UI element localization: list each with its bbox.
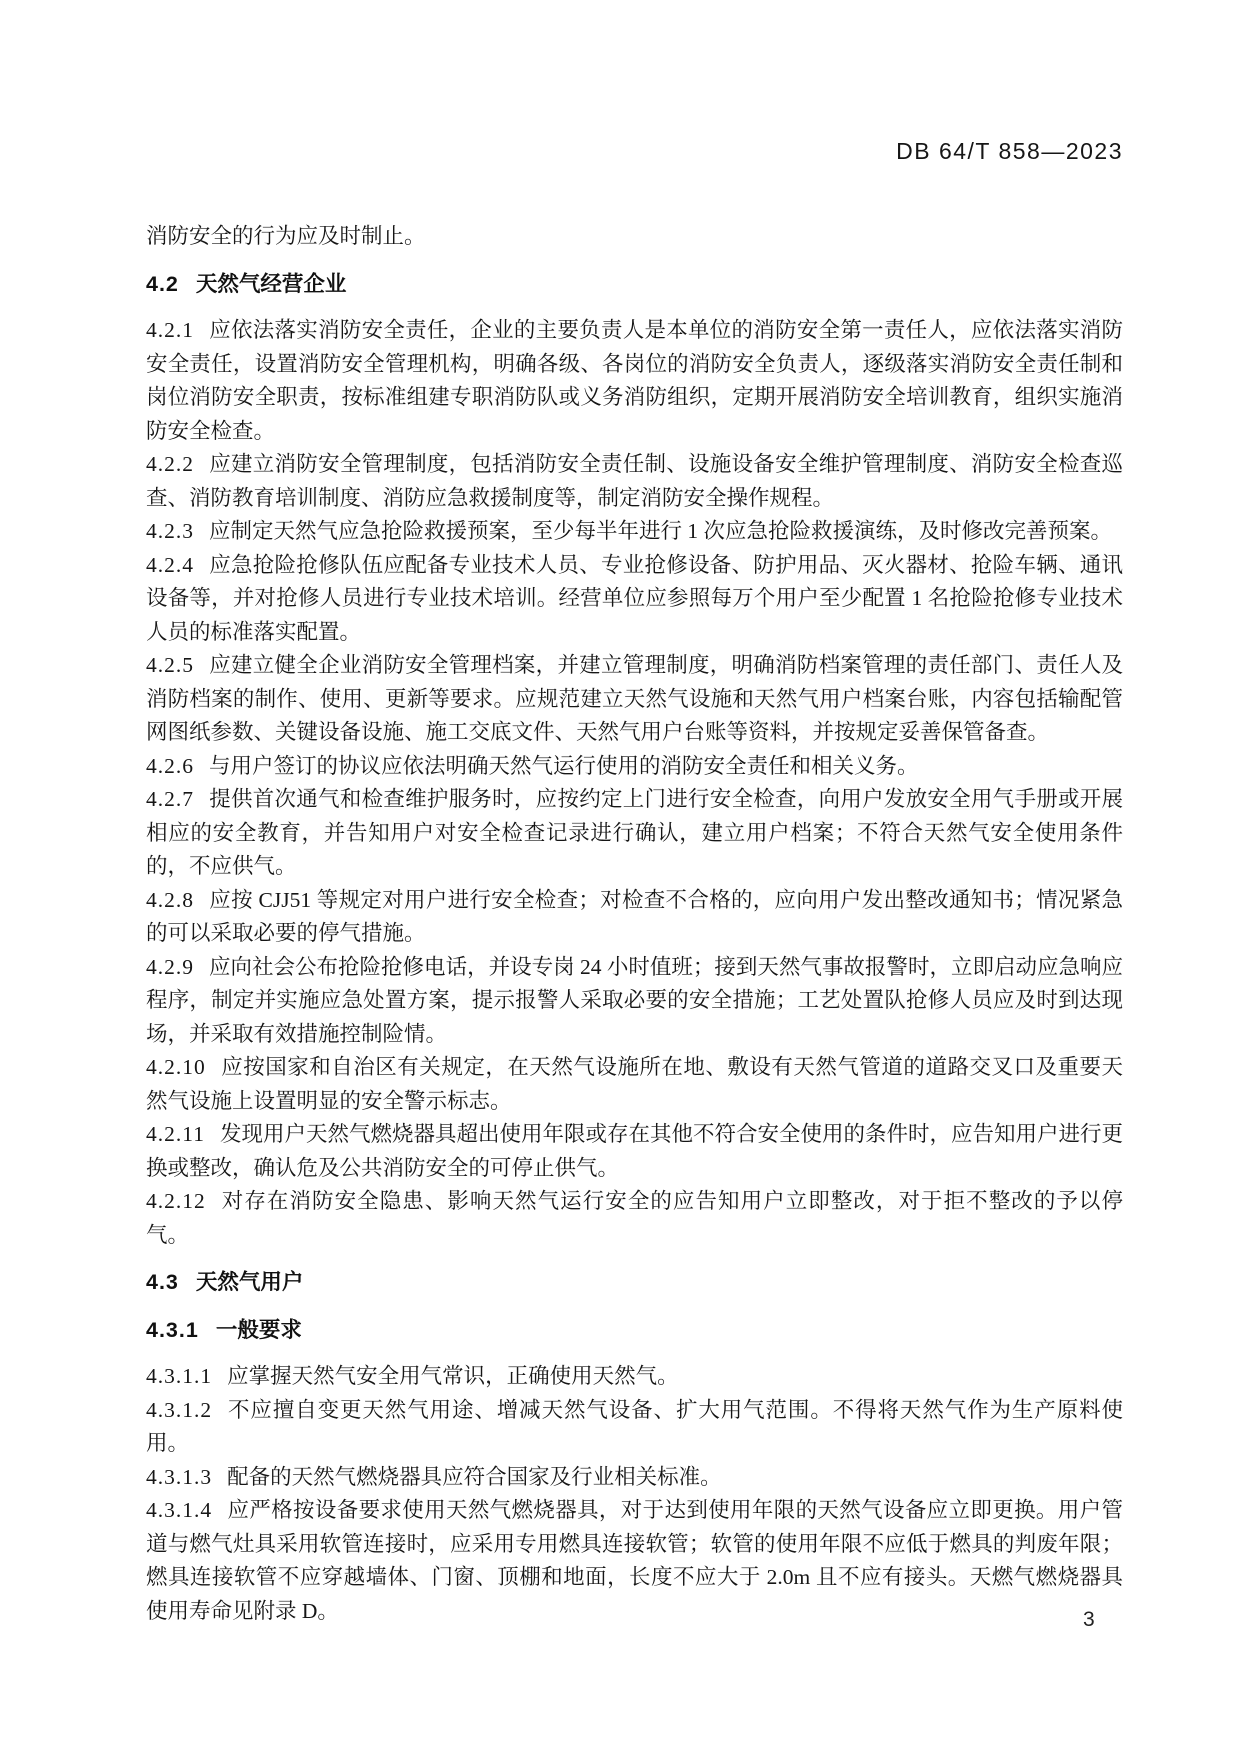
clause-number: 4.2.4 (146, 549, 194, 583)
clause-text: 提供首次通气和检查维护服务时，应按约定上门进行安全检查，向用户发放安全用气手册或… (146, 787, 1123, 878)
clause-text: 应制定天然气应急抢险救援预案，至少每半年进行 1 次应急抢险救援演练，及时修改完… (209, 519, 1112, 543)
heading-title: 一般要求 (216, 1318, 302, 1342)
heading-title: 天然气经营企业 (196, 272, 347, 296)
document-page: DB 64/T 858—2023 消防安全的行为应及时制止。4.2天然气经营企业… (0, 0, 1241, 1755)
clause-paragraph: 4.2.8应按 CJJ51 等规定对用户进行安全检查；对检查不合格的，应向用户发… (146, 884, 1123, 951)
clause-paragraph: 4.2.5应建立健全企业消防安全管理档案，并建立管理制度，明确消防档案管理的责任… (146, 649, 1123, 750)
clause-text: 应掌握天然气安全用气常识，正确使用天然气。 (227, 1364, 679, 1388)
heading-title: 天然气用户 (196, 1270, 304, 1294)
clause-paragraph: 4.2.4应急抢险抢修队伍应配备专业技术人员、专业抢修设备、防护用品、灭火器材、… (146, 549, 1123, 650)
clause-text: 应按国家和自治区有关规定，在天然气设施所在地、敷设有天然气管道的道路交叉口及重要… (146, 1055, 1123, 1113)
document-content: 消防安全的行为应及时制止。4.2天然气经营企业4.2.1应依法落实消防安全责任，… (146, 220, 1123, 1628)
clause-text: 配备的天然气燃烧器具应符合国家及行业相关标准。 (227, 1465, 722, 1489)
clause-text: 应向社会公布抢险抢修电话，并设专岗 24 小时值班；接到天然气事故报警时，立即启… (146, 955, 1123, 1046)
clause-text: 应急抢险抢修队伍应配备专业技术人员、专业抢修设备、防护用品、灭火器材、抢险车辆、… (146, 553, 1123, 644)
clause-paragraph: 4.2.6与用户签订的协议应依法明确天然气运行使用的消防安全责任和相关义务。 (146, 750, 1123, 784)
clause-number: 4.3.1.2 (146, 1394, 212, 1428)
standard-number-header: DB 64/T 858—2023 (146, 138, 1123, 165)
clause-text: 应建立健全企业消防安全管理档案，并建立管理制度，明确消防档案管理的责任部门、责任… (146, 653, 1123, 744)
clause-text: 对存在消防安全隐患、影响天然气运行安全的应告知用户立即整改，对于拒不整改的予以停… (146, 1189, 1123, 1247)
clause-text: 发现用户天然气燃烧器具超出使用年限或存在其他不符合安全使用的条件时，应告知用户进… (146, 1122, 1123, 1180)
clause-text: 应严格按设备要求使用天然气燃烧器具，对于达到使用年限的天然气设备应立即更换。用户… (146, 1498, 1123, 1623)
clause-paragraph: 4.2.12对存在消防安全隐患、影响天然气运行安全的应告知用户立即整改，对于拒不… (146, 1185, 1123, 1252)
heading-number: 4.2 (146, 268, 179, 302)
clause-paragraph: 4.2.2应建立消防安全管理制度，包括消防安全责任制、设施设备安全维护管理制度、… (146, 448, 1123, 515)
clause-number: 4.2.1 (146, 314, 194, 348)
page-number: 3 (1083, 1608, 1095, 1632)
clause-text: 不应擅自变更天然气用途、增减天然气设备、扩大用气范围。不得将天然气作为生产原料使… (146, 1398, 1123, 1456)
clause-number: 4.2.7 (146, 783, 194, 817)
clause-text: 与用户签订的协议应依法明确天然气运行使用的消防安全责任和相关义务。 (209, 754, 919, 778)
clause-number: 4.2.6 (146, 750, 194, 784)
heading-number: 4.3 (146, 1266, 179, 1300)
clause-text: 应建立消防安全管理制度，包括消防安全责任制、设施设备安全维护管理制度、消防安全检… (146, 452, 1123, 510)
heading-number: 4.3.1 (146, 1314, 199, 1348)
clause-number: 4.2.10 (146, 1051, 206, 1085)
clause-text: 应依法落实消防安全责任，企业的主要负责人是本单位的消防安全第一责任人，应依法落实… (146, 318, 1123, 443)
section-heading: 4.2天然气经营企业 (146, 268, 1123, 302)
clause-number: 4.2.2 (146, 448, 194, 482)
clause-number: 4.2.12 (146, 1185, 206, 1219)
clause-number: 4.3.1.3 (146, 1461, 212, 1495)
clause-number: 4.2.11 (146, 1118, 205, 1152)
subsection-heading: 4.3.1一般要求 (146, 1314, 1123, 1348)
clause-number: 4.2.8 (146, 884, 194, 918)
clause-number: 4.2.5 (146, 649, 194, 683)
clause-number: 4.2.9 (146, 951, 194, 985)
clause-paragraph: 4.3.1.4应严格按设备要求使用天然气燃烧器具，对于达到使用年限的天然气设备应… (146, 1494, 1123, 1628)
clause-paragraph: 4.2.11发现用户天然气燃烧器具超出使用年限或存在其他不符合安全使用的条件时，… (146, 1118, 1123, 1185)
clause-paragraph: 4.2.3应制定天然气应急抢险救援预案，至少每半年进行 1 次应急抢险救援演练，… (146, 515, 1123, 549)
clause-number: 4.2.3 (146, 515, 194, 549)
clause-text: 应按 CJJ51 等规定对用户进行安全检查；对检查不合格的，应向用户发出整改通知… (146, 888, 1123, 946)
clause-text: 消防安全的行为应及时制止。 (146, 224, 426, 248)
clause-paragraph: 4.2.7提供首次通气和检查维护服务时，应按约定上门进行安全检查，向用户发放安全… (146, 783, 1123, 884)
clause-paragraph: 4.3.1.2不应擅自变更天然气用途、增减天然气设备、扩大用气范围。不得将天然气… (146, 1394, 1123, 1461)
clause-paragraph: 4.3.1.1应掌握天然气安全用气常识，正确使用天然气。 (146, 1360, 1123, 1394)
clause-paragraph: 4.2.1应依法落实消防安全责任，企业的主要负责人是本单位的消防安全第一责任人，… (146, 314, 1123, 448)
section-heading: 4.3天然气用户 (146, 1266, 1123, 1300)
clause-paragraph: 4.2.9应向社会公布抢险抢修电话，并设专岗 24 小时值班；接到天然气事故报警… (146, 951, 1123, 1052)
clause-number: 4.3.1.1 (146, 1360, 212, 1394)
clause-paragraph: 4.2.10应按国家和自治区有关规定，在天然气设施所在地、敷设有天然气管道的道路… (146, 1051, 1123, 1118)
clause-number: 4.3.1.4 (146, 1494, 212, 1528)
clause-paragraph: 4.3.1.3配备的天然气燃烧器具应符合国家及行业相关标准。 (146, 1461, 1123, 1495)
body-paragraph: 消防安全的行为应及时制止。 (146, 220, 1123, 254)
